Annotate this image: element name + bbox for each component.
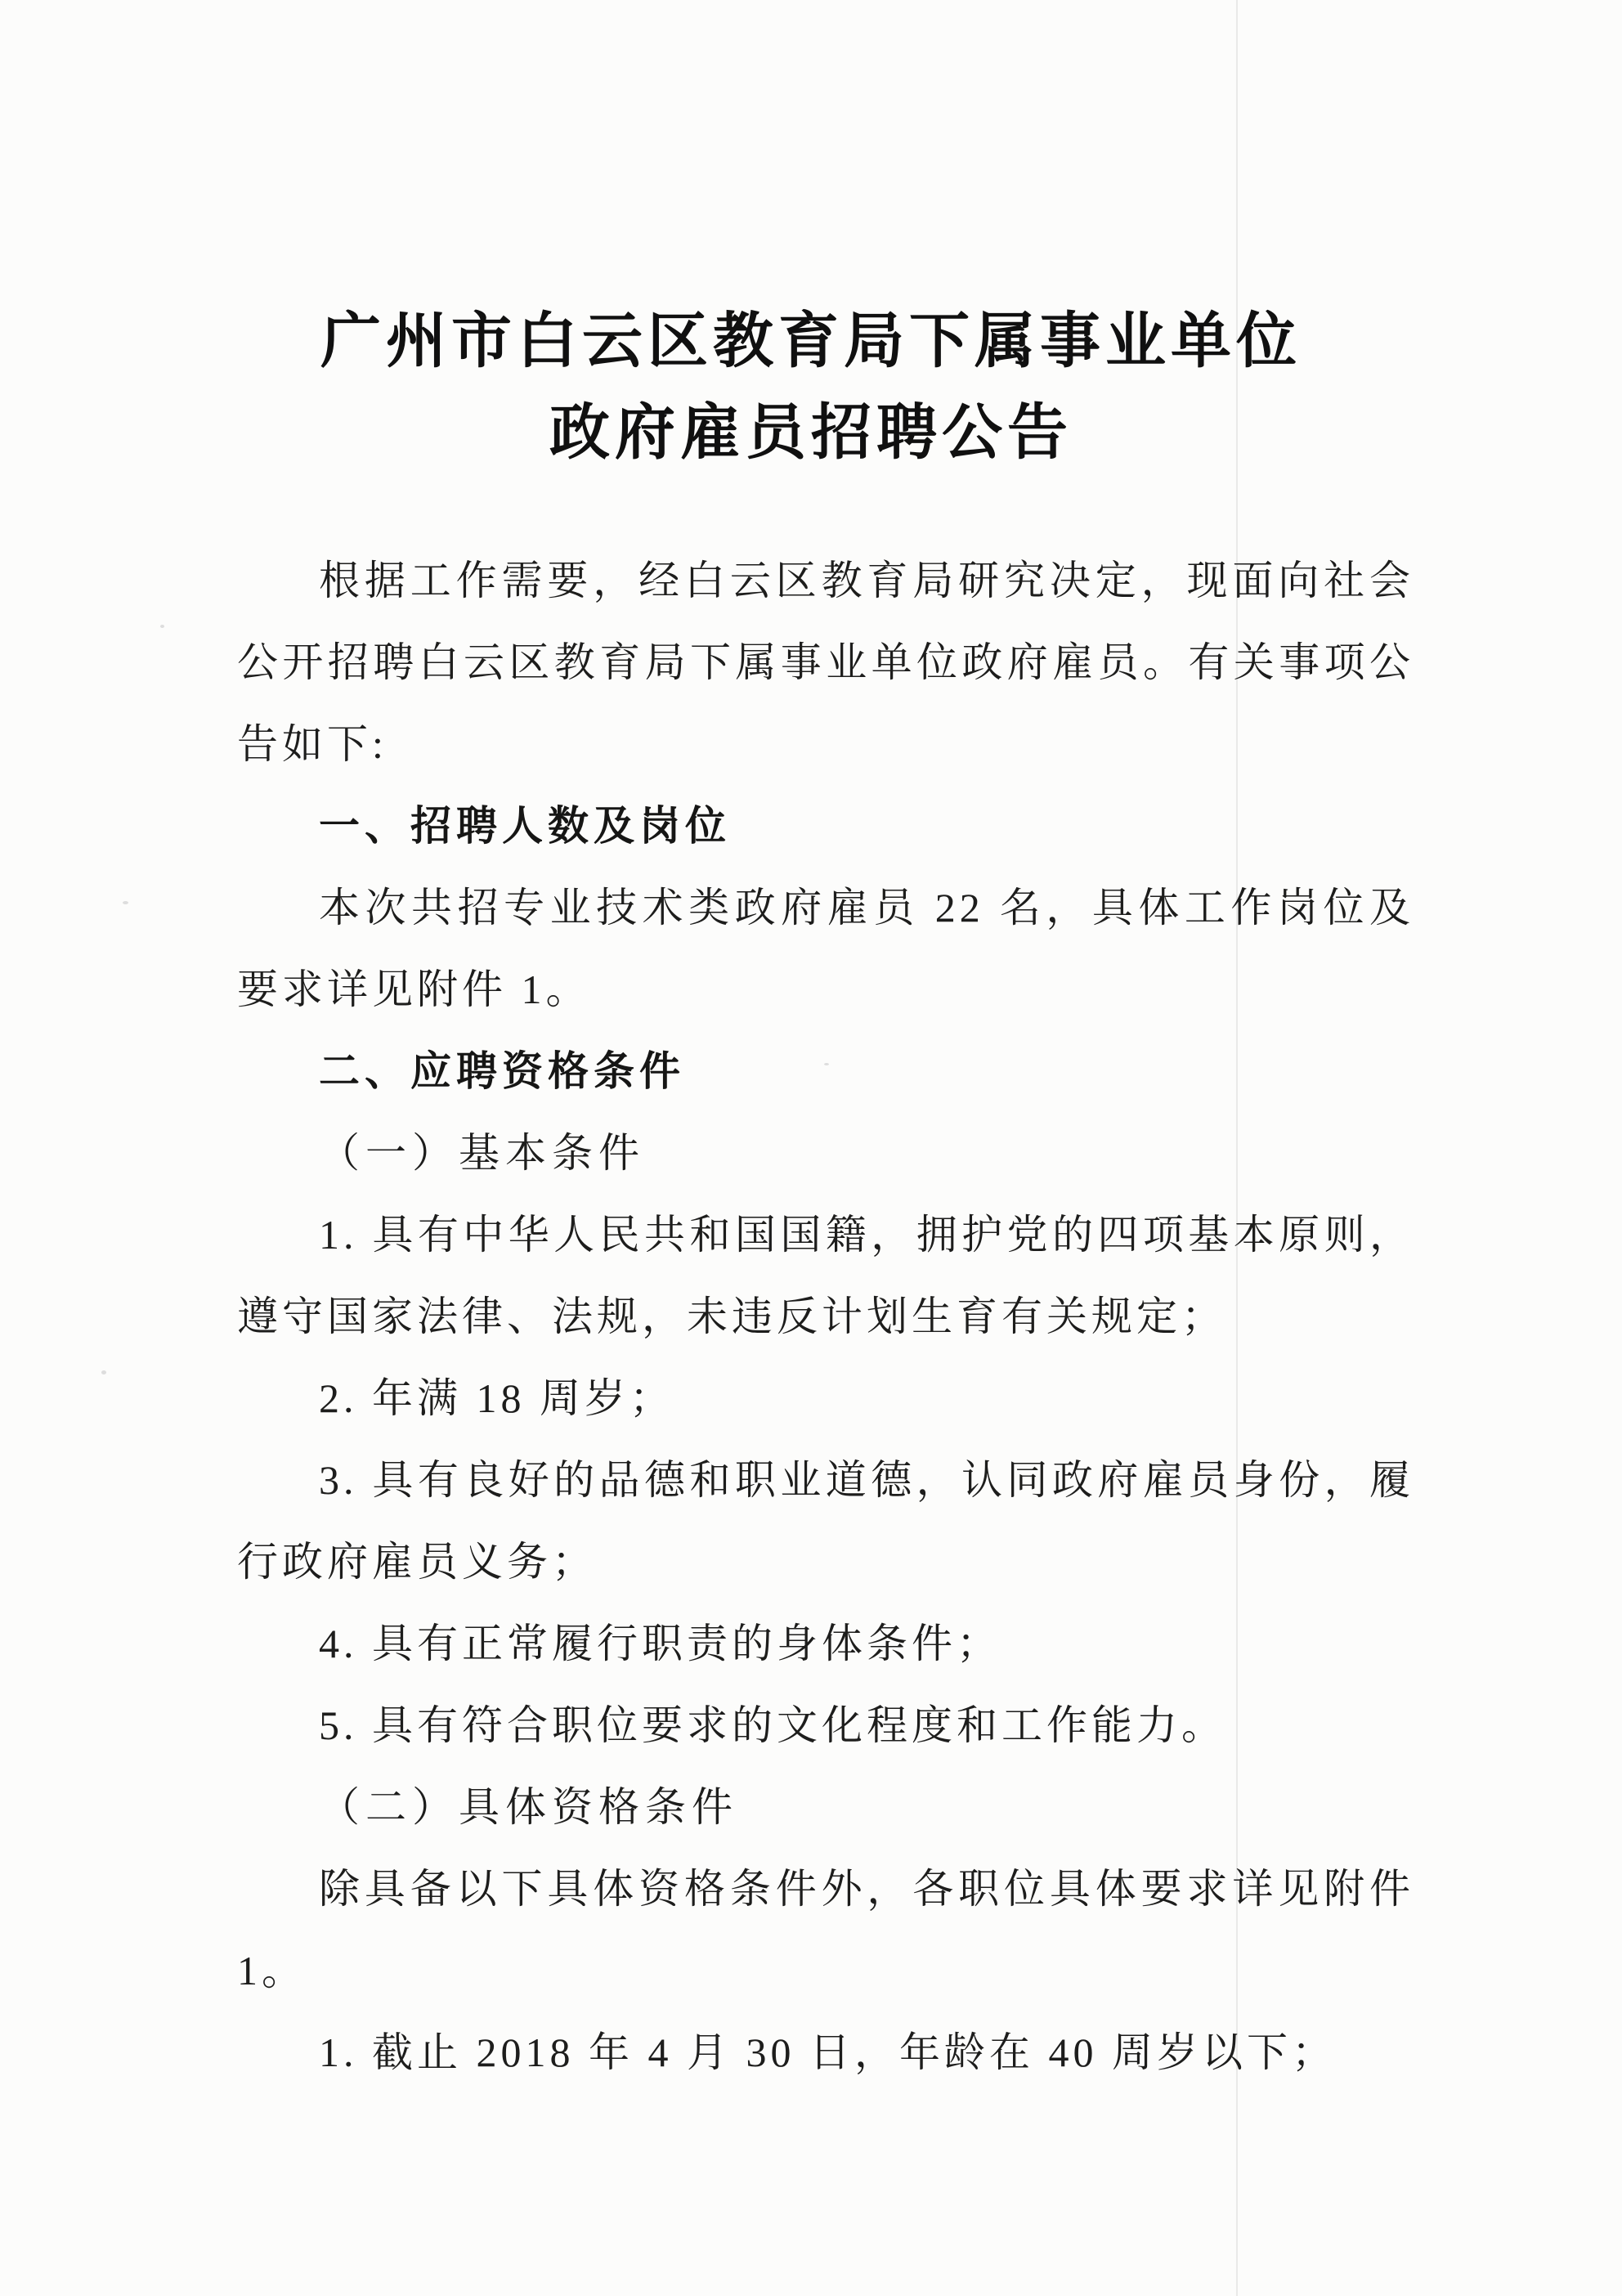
- body-line: 1. 截止 2018 年 4 月 30 日，年龄在 40 周岁以下；: [237, 2011, 1414, 2093]
- body-line: 2. 年满 18 周岁；: [237, 1357, 1414, 1439]
- scan-speck: [101, 1370, 106, 1374]
- body-line: 遵守国家法律、法规，未违反计划生育有关规定；: [237, 1276, 1414, 1357]
- body-line: 3. 具有良好的品德和职业道德，认同政府雇员身份，履: [237, 1439, 1414, 1521]
- body-line: 行政府雇员义务；: [237, 1521, 1414, 1603]
- body-line: 二、应聘资格条件: [237, 1030, 1414, 1112]
- body-line: 1。: [237, 1930, 1414, 2011]
- body-line: 告如下:: [237, 703, 1414, 785]
- body-line: （二）具体资格条件: [237, 1766, 1414, 1848]
- body-line: 一、招聘人数及岗位: [237, 785, 1414, 867]
- body-line: 本次共招专业技术类政府雇员 22 名，具体工作岗位及: [237, 867, 1414, 948]
- document-title-line1: 广州市白云区教育局下属事业单位: [0, 296, 1622, 388]
- body-line: 5. 具有符合职位要求的文化程度和工作能力。: [237, 1684, 1414, 1766]
- body-line: 1. 具有中华人民共和国国籍，拥护党的四项基本原则，: [237, 1194, 1414, 1276]
- scan-speck: [123, 901, 128, 904]
- body-line: 公开招聘白云区教育局下属事业单位政府雇员。有关事项公: [237, 621, 1414, 703]
- body-line: 除具备以下具体资格条件外，各职位具体要求详见附件: [237, 1848, 1414, 1930]
- body-line: 4. 具有正常履行职责的身体条件；: [237, 1603, 1414, 1684]
- body-line: （一）基本条件: [237, 1112, 1414, 1194]
- document-page: 广州市白云区教育局下属事业单位 政府雇员招聘公告 根据工作需要，经白云区教育局研…: [0, 0, 1622, 2296]
- body-line: 根据工作需要，经白云区教育局研究决定，现面向社会: [237, 540, 1414, 621]
- body-line: 要求详见附件 1。: [237, 948, 1414, 1030]
- document-title: 广州市白云区教育局下属事业单位 政府雇员招聘公告: [0, 296, 1622, 479]
- document-body: 根据工作需要，经白云区教育局研究决定，现面向社会公开招聘白云区教育局下属事业单位…: [237, 540, 1414, 2093]
- scan-speck: [160, 625, 164, 628]
- document-title-line2: 政府雇员招聘公告: [0, 388, 1622, 479]
